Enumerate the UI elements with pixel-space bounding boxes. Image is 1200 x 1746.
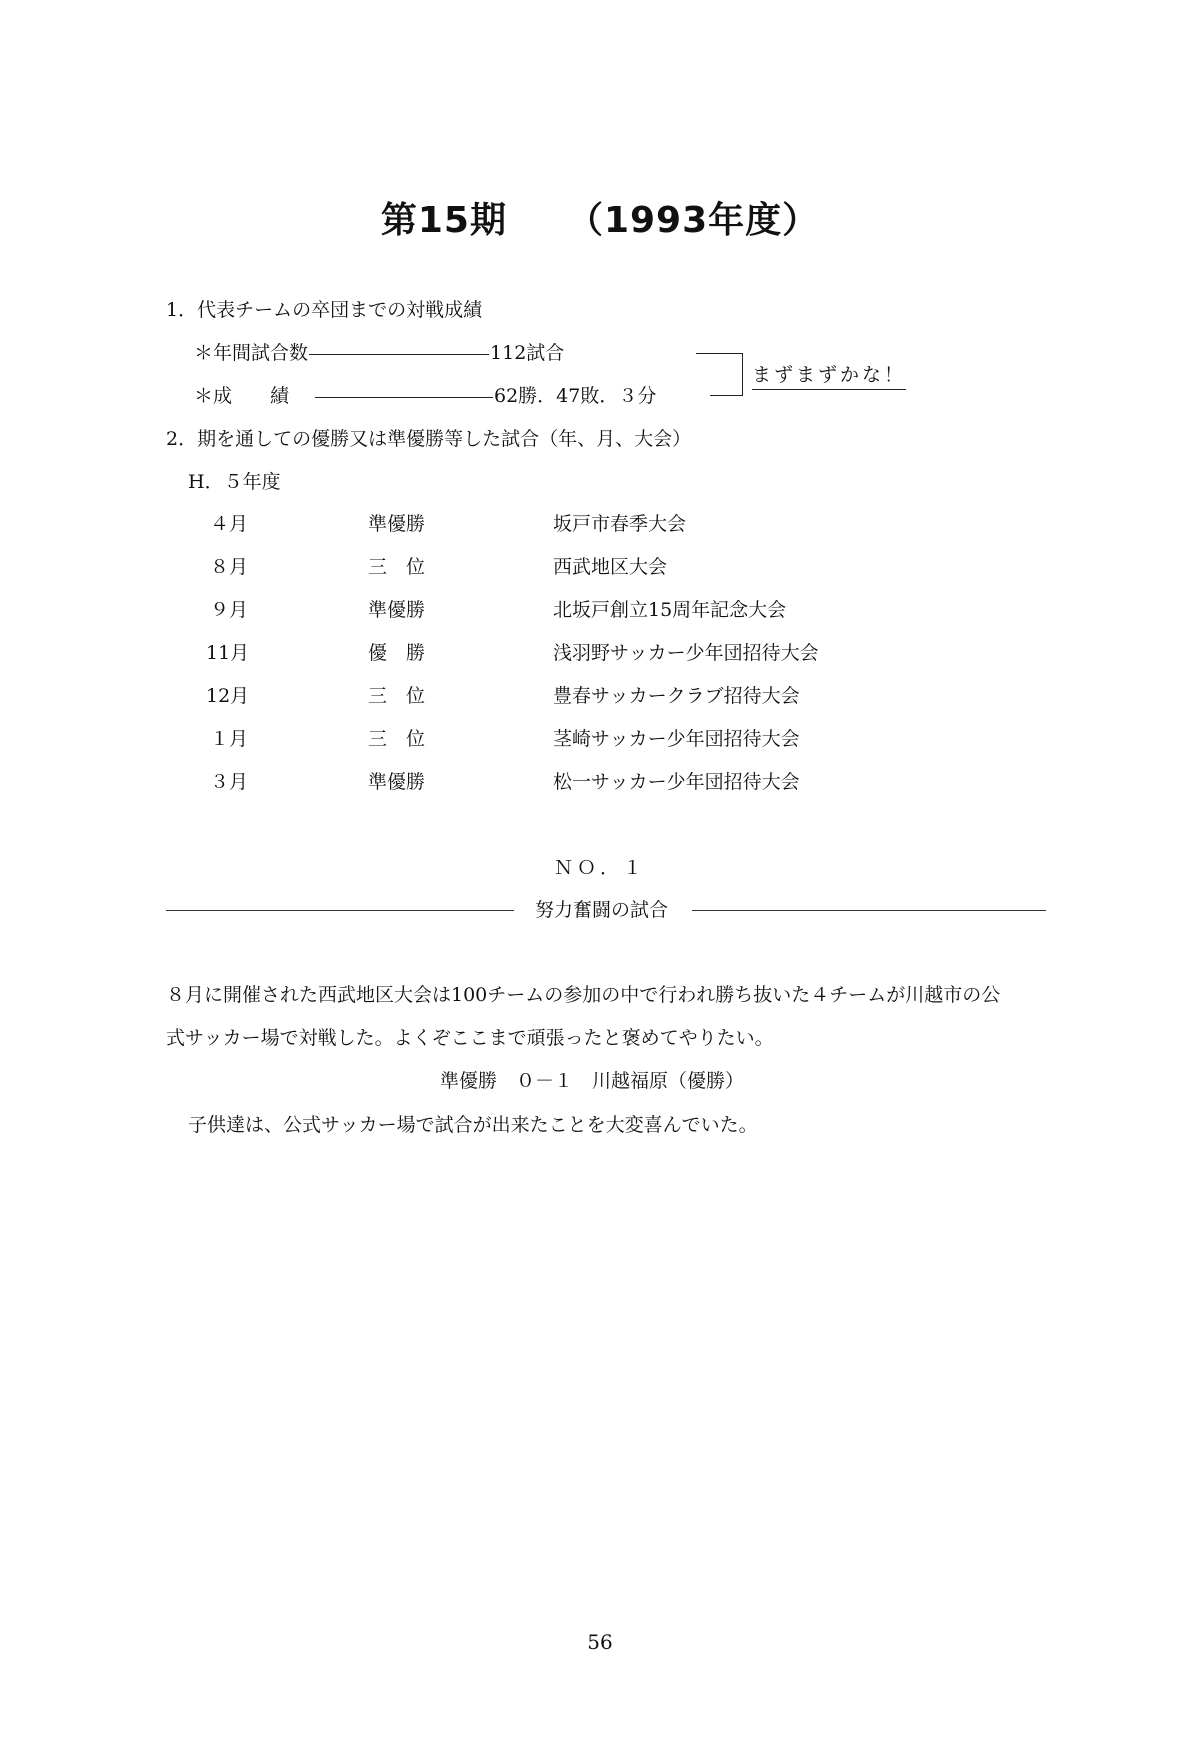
result-tournament: 豊春サッカークラブ招待大会 <box>553 684 800 708</box>
fiscal-year-label: （1993年度） <box>567 200 819 241</box>
result-tournament: 茎崎サッカー少年団招待大会 <box>553 727 800 751</box>
feature-heading: 努力奮闘の試合 <box>535 898 668 922</box>
divider-right <box>692 910 1046 911</box>
result-rank: 三 位 <box>368 684 425 708</box>
result-tournament: 北坂戸創立15周年記念大会 <box>553 598 786 622</box>
result-rank: 三 位 <box>368 727 425 751</box>
page-title: 第15期（1993年度） <box>0 192 1200 243</box>
feature-paragraph-line1: ８月に開催された西武地区大会は100チームの参加の中で行われ勝ち抜いた４チームが… <box>166 983 1000 1007</box>
section1-heading: 1．代表チームの卒団までの対戦成績 <box>166 298 482 322</box>
period-label: 第15期 <box>381 200 507 241</box>
result-month: 11月 <box>206 641 249 665</box>
bracket-top <box>696 353 742 354</box>
feature-number: ＮＯ．１ <box>0 856 1200 880</box>
result-month: 12月 <box>206 684 249 708</box>
fiscal-year-heading: H．５年度 <box>188 470 281 494</box>
result-tournament: 松一サッカー少年団招待大会 <box>553 770 800 794</box>
result-tournament: 浅羽野サッカー少年団招待大会 <box>553 641 819 665</box>
bracket-bottom <box>710 395 743 396</box>
result-tournament: 西武地区大会 <box>553 555 667 579</box>
record-value: 62勝．47敗．３分 <box>494 385 656 407</box>
result-month: ４月 <box>210 512 248 536</box>
leader-line <box>309 354 489 355</box>
page-number: 56 <box>0 1630 1200 1654</box>
leader-line <box>315 397 493 398</box>
result-rank: 準優勝 <box>368 598 425 622</box>
result-month: ８月 <box>210 555 248 579</box>
result-rank: 優 勝 <box>368 641 425 665</box>
result-month: ３月 <box>210 770 248 794</box>
record-label: ＊成 績 <box>194 384 314 408</box>
result-rank: 準優勝 <box>368 770 425 794</box>
bracket-vertical <box>742 353 743 395</box>
annual-games-row: ＊年間試合数112試合 <box>194 341 564 365</box>
remark-text: まずまずかな！ <box>752 360 906 390</box>
feature-paragraph-line2: 式サッカー場で対戦した。よくぞここまで頑張ったと褒めてやりたい。 <box>166 1026 774 1050</box>
feature-closing: 子供達は、公式サッカー場で試合が出来たことを大変喜んでいた。 <box>188 1113 758 1137</box>
result-rank: 三 位 <box>368 555 425 579</box>
annual-games-label: ＊年間試合数 <box>194 342 308 364</box>
result-rank: 準優勝 <box>368 512 425 536</box>
section2-heading: 2．期を通しての優勝又は準優勝等した試合（年、月、大会） <box>166 427 691 451</box>
divider-left <box>166 910 514 911</box>
record-row: ＊成 績62勝．47敗．３分 <box>194 384 656 408</box>
result-tournament: 坂戸市春季大会 <box>553 512 686 536</box>
annual-games-value: 112試合 <box>490 342 564 364</box>
result-month: ９月 <box>210 598 248 622</box>
score-line: 準優勝 ０－１ 川越福原（優勝） <box>440 1069 744 1093</box>
result-month: １月 <box>210 727 248 751</box>
